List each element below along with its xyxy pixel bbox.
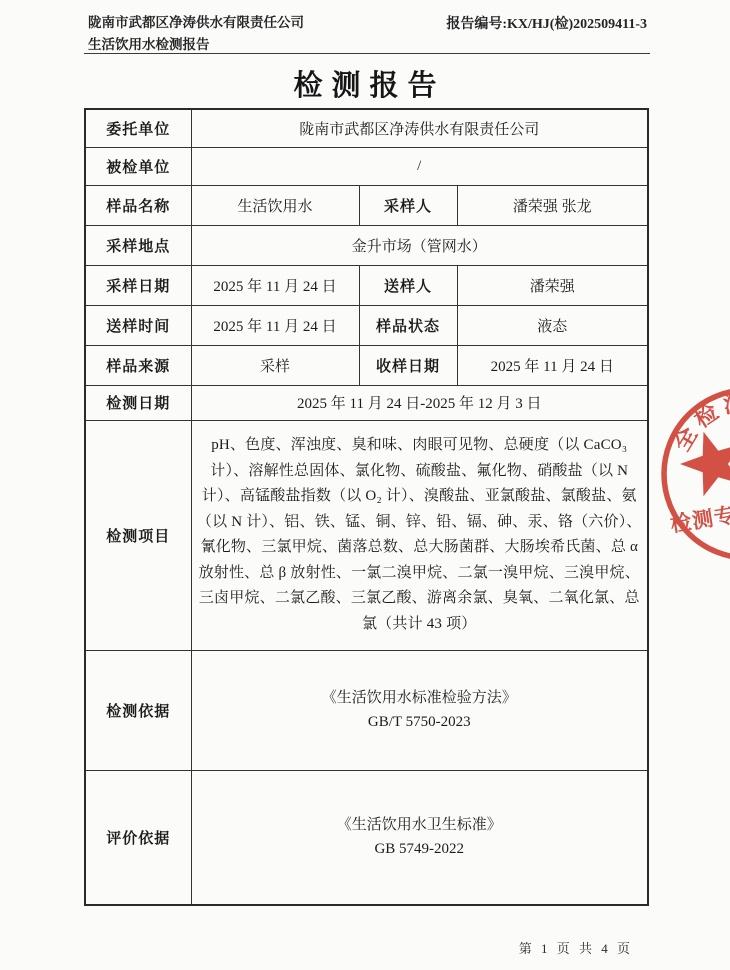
test-basis-line2: GB/T 5750-2023 [196,710,644,734]
eval-basis-line1: 《生活饮用水卫生标准》 [196,813,644,837]
row-sampling-date: 采样日期 2025 年 11 月 24 日 送样人 潘荣强 [85,265,648,305]
seal-label-text: 检测专用 [669,499,730,536]
eval-basis-label: 评价依据 [85,770,191,905]
row-sample-name: 样品名称 生活饮用水 采样人 潘荣强 张龙 [85,185,648,225]
eval-basis-line2: GB 5749-2022 [196,837,644,861]
sampler-label: 采样人 [359,185,457,225]
sampling-date-value: 2025 年 11 月 24 日 [191,265,359,305]
send-time-value: 2025 年 11 月 24 日 [191,305,359,345]
company-seal-stamp: 全检测 检测专用 [652,378,730,578]
receive-date-value: 2025 年 11 月 24 日 [457,345,648,385]
inspected-label: 被检单位 [85,147,191,185]
row-test-items: 检测项目 pH、色度、浑浊度、臭和味、肉眼可见物、总硬度（以 CaCO₃ 计）、… [85,420,648,650]
row-eval-basis: 评价依据 《生活饮用水卫生标准》 GB 5749-2022 [85,770,648,905]
test-items-label: 检测项目 [85,420,191,650]
client-label: 委托单位 [85,109,191,147]
sample-name-value: 生活饮用水 [191,185,359,225]
sample-source-label: 样品来源 [85,345,191,385]
report-form-table: 委托单位 陇南市武都区净涛供水有限责任公司 被检单位 / 样品名称 生活饮用水 … [84,108,649,906]
sample-state-value: 液态 [457,305,648,345]
sample-sender-value: 潘荣强 [457,265,648,305]
sampling-site-value: 金升市场（管网水） [191,225,648,265]
row-sample-source: 样品来源 采样 收样日期 2025 年 11 月 24 日 [85,345,648,385]
header-divider [84,53,650,54]
row-test-basis: 检测依据 《生活饮用水标准检验方法》 GB/T 5750-2023 [85,650,648,770]
test-basis-line1: 《生活饮用水标准检验方法》 [196,686,644,710]
sampling-site-label: 采样地点 [85,225,191,265]
client-value: 陇南市武都区净涛供水有限责任公司 [191,109,648,147]
sample-sender-label: 送样人 [359,265,457,305]
test-basis-label: 检测依据 [85,650,191,770]
svg-text:全检测: 全检测 [668,388,730,456]
eval-basis-value: 《生活饮用水卫生标准》 GB 5749-2022 [191,770,648,905]
row-client: 委托单位 陇南市武都区净涛供水有限责任公司 [85,109,648,147]
sample-source-value: 采样 [191,345,359,385]
header-company: 陇南市武都区净涛供水有限责任公司 [88,12,304,34]
sampler-value: 潘荣强 张龙 [457,185,648,225]
receive-date-label: 收样日期 [359,345,457,385]
sample-name-label: 样品名称 [85,185,191,225]
report-page: 陇南市武都区净涛供水有限责任公司 生活饮用水检测报告 报告编号:KX/HJ(检)… [0,0,730,970]
page-title: 检测报告 [0,63,730,104]
row-sampling-site: 采样地点 金升市场（管网水） [85,225,648,265]
send-time-label: 送样时间 [85,305,191,345]
sampling-date-label: 采样日期 [85,265,191,305]
test-date-label: 检测日期 [85,385,191,420]
seal-arc-text: 全检测 [668,388,730,456]
page-number: 第 1 页 共 4 页 [519,938,633,957]
test-date-value: 2025 年 11 月 24 日-2025 年 12 月 3 日 [191,385,648,420]
sample-state-label: 样品状态 [359,305,457,345]
row-send-time: 送样时间 2025 年 11 月 24 日 样品状态 液态 [85,305,648,345]
header-left: 陇南市武都区净涛供水有限责任公司 生活饮用水检测报告 [88,12,304,56]
test-items-value: pH、色度、浑浊度、臭和味、肉眼可见物、总硬度（以 CaCO₃ 计）、溶解性总固… [191,420,648,650]
row-inspected: 被检单位 / [85,147,648,185]
report-number: 报告编号:KX/HJ(检)202509411-3 [446,13,647,33]
test-basis-value: 《生活饮用水标准检验方法》 GB/T 5750-2023 [191,650,648,770]
row-test-date: 检测日期 2025 年 11 月 24 日-2025 年 12 月 3 日 [85,385,648,420]
inspected-value: / [191,147,648,185]
